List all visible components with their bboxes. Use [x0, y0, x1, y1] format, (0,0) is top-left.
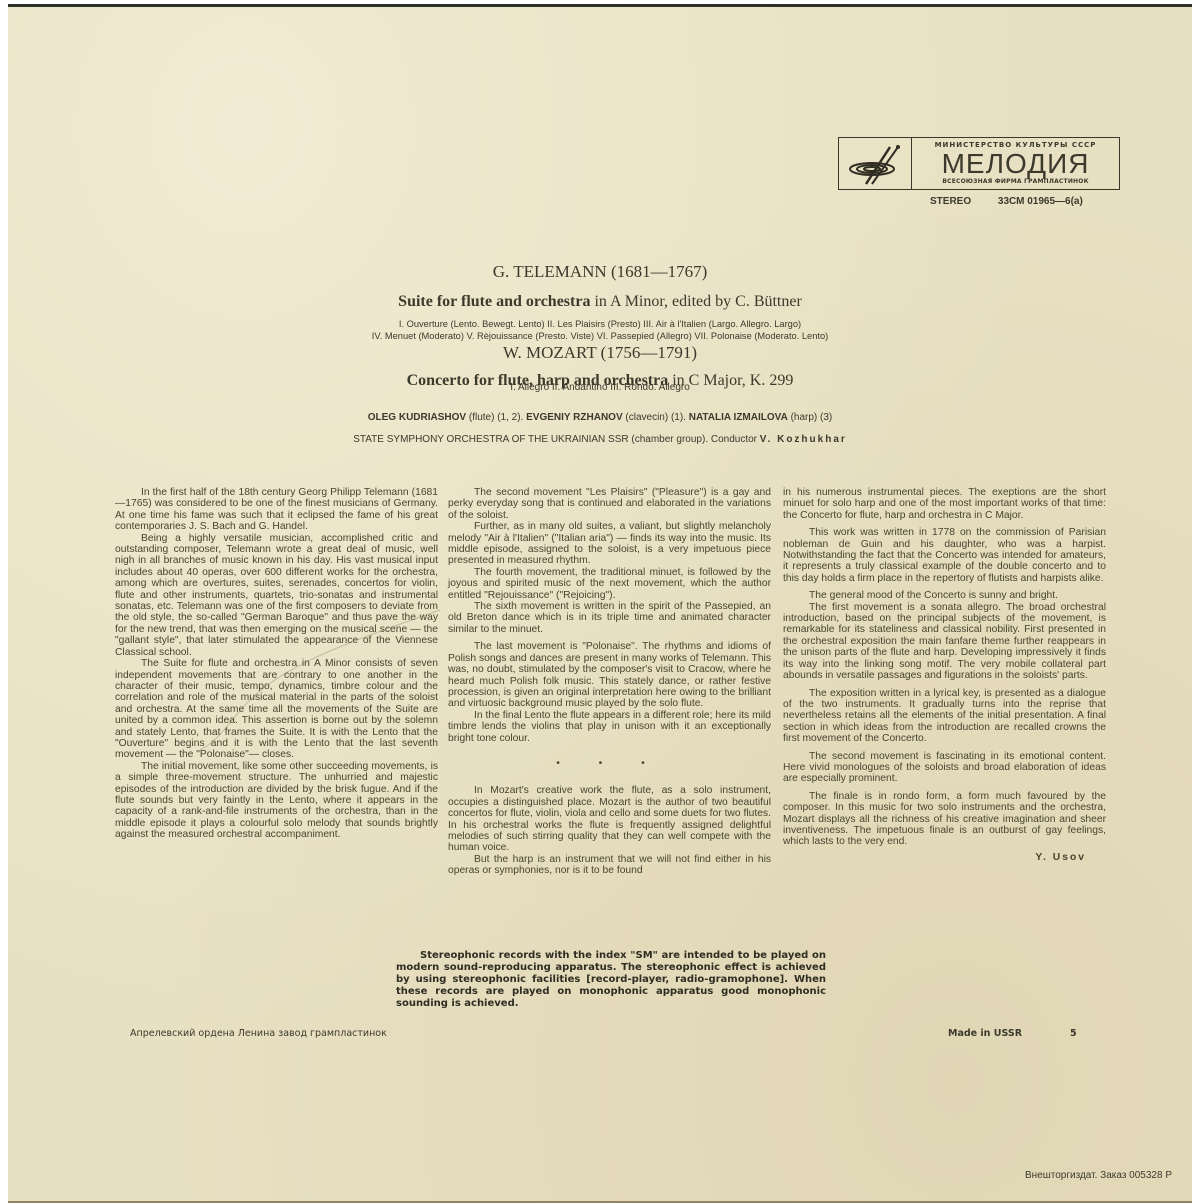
orchestra-line: STATE SYMPHONY ORCHESTRA OF THE UKRAINIA…	[0, 434, 1200, 445]
notes-paragraph: Further, as in many old suites, a valian…	[448, 521, 771, 567]
notes-paragraph: The Suite for flute and orchestra in A M…	[115, 658, 438, 761]
notes-paragraph: The general mood of the Concerto is sunn…	[783, 590, 1106, 601]
notes-paragraph: In the first half of the 18th century Ge…	[115, 487, 438, 533]
notes-paragraph: This work was written in 1778 on the com…	[783, 527, 1106, 584]
notes-paragraph: The sixth movement is written in the spi…	[448, 601, 771, 635]
notes-paragraph: The first movement is a sonata allegro. …	[783, 602, 1106, 682]
notes-paragraph: The finale is in rondo form, a form much…	[783, 791, 1106, 848]
section-separator: • • •	[448, 758, 771, 769]
telemann-work-detail: in A Minor, edited by C. Büttner	[590, 293, 801, 310]
notes-paragraph: The last movement is "Polonaise". The rh…	[448, 641, 771, 709]
notes-paragraph: The fourth movement, the traditional min…	[448, 567, 771, 601]
performers: OLEG KUDRIASHOV (flute) (1, 2). EVGENIY …	[0, 412, 1200, 423]
notes-column-2: The second movement "Les Plaisirs" ("Ple…	[448, 487, 771, 877]
performer-1-name: OLEG KUDRIASHOV	[368, 412, 466, 423]
page-number: 5	[1070, 1028, 1077, 1039]
performer-1-role: (flute) (1, 2).	[466, 412, 526, 423]
brand-name: МЕЛОДИЯ	[942, 150, 1090, 178]
melodiya-emblem-icon	[839, 138, 912, 189]
notes-paragraph: Being a highly versatile musician, accom…	[115, 533, 438, 658]
notes-column-1: In the first half of the 18th century Ge…	[115, 487, 438, 841]
performer-3-role: (harp) (3)	[788, 412, 832, 423]
notes-paragraph: But the harp is an instrument that we wi…	[448, 854, 771, 877]
firm-text: ВСЕСОЮЗНАЯ ФИРМА ГРАМПЛАСТИНОК	[942, 178, 1088, 186]
notes-paragraph: In the final Lento the flute appears in …	[448, 710, 771, 744]
format-label: STEREO	[930, 196, 971, 207]
performer-3-name: NATALIA IZMAILOVA	[689, 412, 788, 423]
melodiya-logo: МИНИСТЕРСТВО КУЛЬТУРЫ СССР МЕЛОДИЯ ВСЕСО…	[838, 137, 1120, 190]
author-signature: Y. Usov	[783, 852, 1086, 863]
notes-paragraph: in his numerous instrumental pieces. The…	[783, 487, 1106, 521]
catalog-number: 33СМ 01965—6(а)	[998, 196, 1083, 207]
mozart-movements: I. Allegro II. Andantino III. Rondo. All…	[0, 382, 1200, 394]
telemann-heading: G. TELEMANN (1681—1767)	[0, 262, 1200, 282]
notes-paragraph: The initial movement, like some other su…	[115, 761, 438, 841]
notes-paragraph: In Mozart's creative work the flute, as …	[448, 785, 771, 853]
telemann-work: Suite for flute and orchestra in A Minor…	[0, 293, 1200, 311]
made-in: Made in USSR	[948, 1028, 1022, 1039]
orchestra-name: STATE SYMPHONY ORCHESTRA OF THE UKRAINIA…	[353, 434, 760, 445]
performer-2-role: (clavecin) (1).	[623, 412, 689, 423]
telemann-movements-1: I. Ouverture (Lento. Bewegt. Lento) II. …	[0, 318, 1200, 330]
conductor-name: V. Kozhukhar	[760, 434, 847, 445]
notes-paragraph: The second movement is fascinating in it…	[783, 751, 1106, 785]
print-order: Внешторгиздат. Заказ 005328 Р	[1025, 1170, 1172, 1181]
stereo-notice-text: Stereophonic records with the index "SM"…	[396, 950, 826, 1010]
performer-2-name: EVGENIY RZHANOV	[526, 412, 623, 423]
mozart-heading: W. MOZART (1756—1791)	[0, 343, 1200, 363]
notes-column-3: in his numerous instrumental pieces. The…	[783, 487, 1106, 863]
stereo-notice: Stereophonic records with the index "SM"…	[396, 950, 826, 1010]
telemann-movements-2: IV. Menuet (Moderato) V. Rèjouissance (P…	[0, 330, 1200, 342]
pressing-plant: Апрелевский ордена Ленина завод грамплас…	[130, 1028, 387, 1039]
telemann-work-title: Suite for flute and orchestra	[398, 293, 590, 310]
catalog-info: STEREO 33СМ 01965—6(а)	[930, 196, 1107, 207]
notes-paragraph: The exposition written in a lyrical key,…	[783, 688, 1106, 745]
notes-paragraph: The second movement "Les Plaisirs" ("Ple…	[448, 487, 771, 521]
